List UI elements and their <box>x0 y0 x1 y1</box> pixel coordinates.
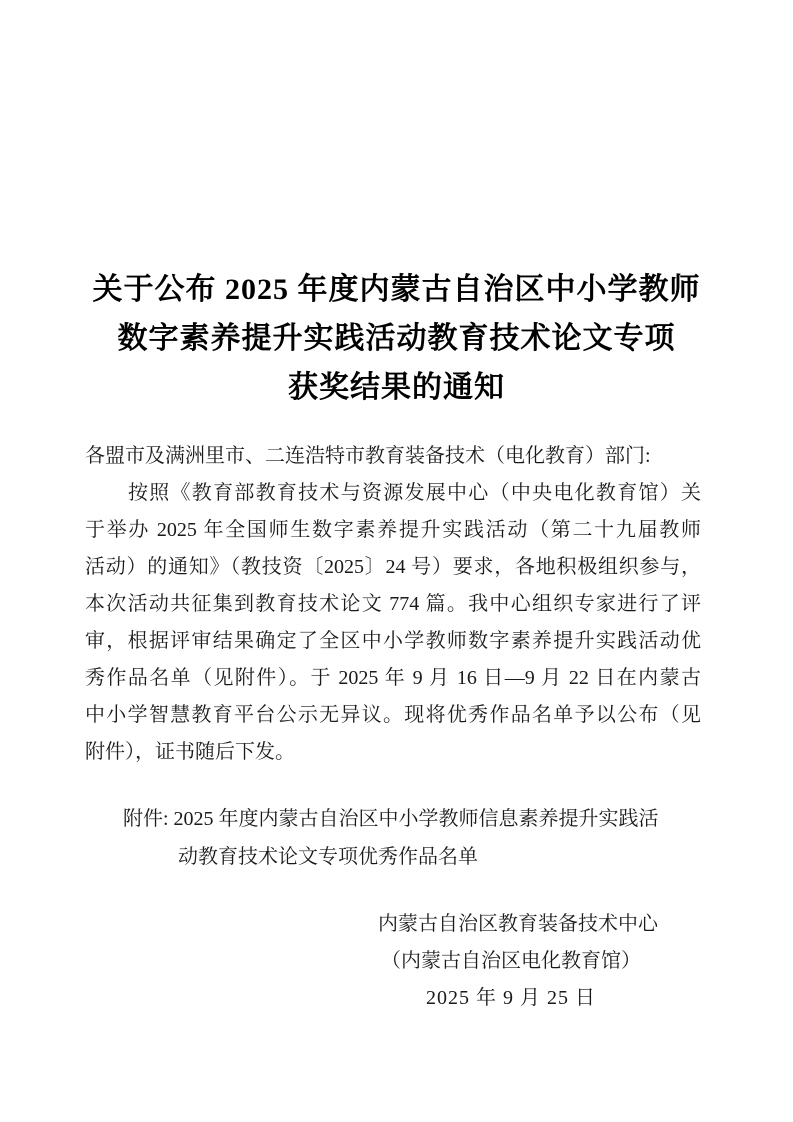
document-body: 各盟市及满洲里市、二连浩特市教育装备技术（电化教育）部门: 按照《教育部教育技术… <box>85 438 701 771</box>
attachment-line-1: 附件: 2025 年度内蒙古自治区中小学教师信息素养提升实践活 <box>85 800 701 838</box>
title-line-2: 数字素养提升实践活动教育技术论文专项 <box>0 314 793 363</box>
salutation-line: 各盟市及满洲里市、二连浩特市教育装备技术（电化教育）部门: <box>85 438 701 475</box>
paragraph-line: 本次活动共征集到教育技术论文 774 篇。我中心组织专家进行了评 <box>85 586 701 623</box>
attachment-note: 附件: 2025 年度内蒙古自治区中小学教师信息素养提升实践活 动教育技术论文专… <box>85 800 701 876</box>
attachment-line-2: 动教育技术论文专项优秀作品名单 <box>85 838 701 876</box>
paragraph-line: 附件），证书随后下发。 <box>85 734 701 771</box>
title-line-1: 关于公布 2025 年度内蒙古自治区中小学教师 <box>0 265 793 314</box>
paragraph-line: 活动）的通知》（教技资〔2025〕24 号）要求，各地积极组织参与， <box>85 549 701 586</box>
title-line-3: 获奖结果的通知 <box>0 363 793 412</box>
paragraph-line: 审，根据评审结果确定了全区中小学教师数字素养提升实践活动优 <box>85 623 701 660</box>
signature-org: 内蒙古自治区教育装备技术中心 <box>378 906 644 943</box>
document-title: 关于公布 2025 年度内蒙古自治区中小学教师 数字素养提升实践活动教育技术论文… <box>0 265 793 412</box>
signature-block: 内蒙古自治区教育装备技术中心 （内蒙古自治区电化教育馆） 2025 年 9 月 … <box>378 906 644 1017</box>
paragraph-line: 秀作品名单（见附件）。于 2025 年 9 月 16 日—9 月 22 日在内蒙… <box>85 660 701 697</box>
paragraph-line: 按照《教育部教育技术与资源发展中心（中央电化教育馆）关 <box>85 475 701 512</box>
signature-org-paren: （内蒙古自治区电化教育馆） <box>378 943 644 980</box>
paragraph-line: 于举办 2025 年全国师生数字素养提升实践活动（第二十九届教师 <box>85 512 701 549</box>
document-page: 关于公布 2025 年度内蒙古自治区中小学教师 数字素养提升实践活动教育技术论文… <box>0 0 793 1122</box>
signature-date: 2025 年 9 月 25 日 <box>378 980 644 1017</box>
paragraph-line: 中小学智慧教育平台公示无异议。现将优秀作品名单予以公布（见 <box>85 697 701 734</box>
